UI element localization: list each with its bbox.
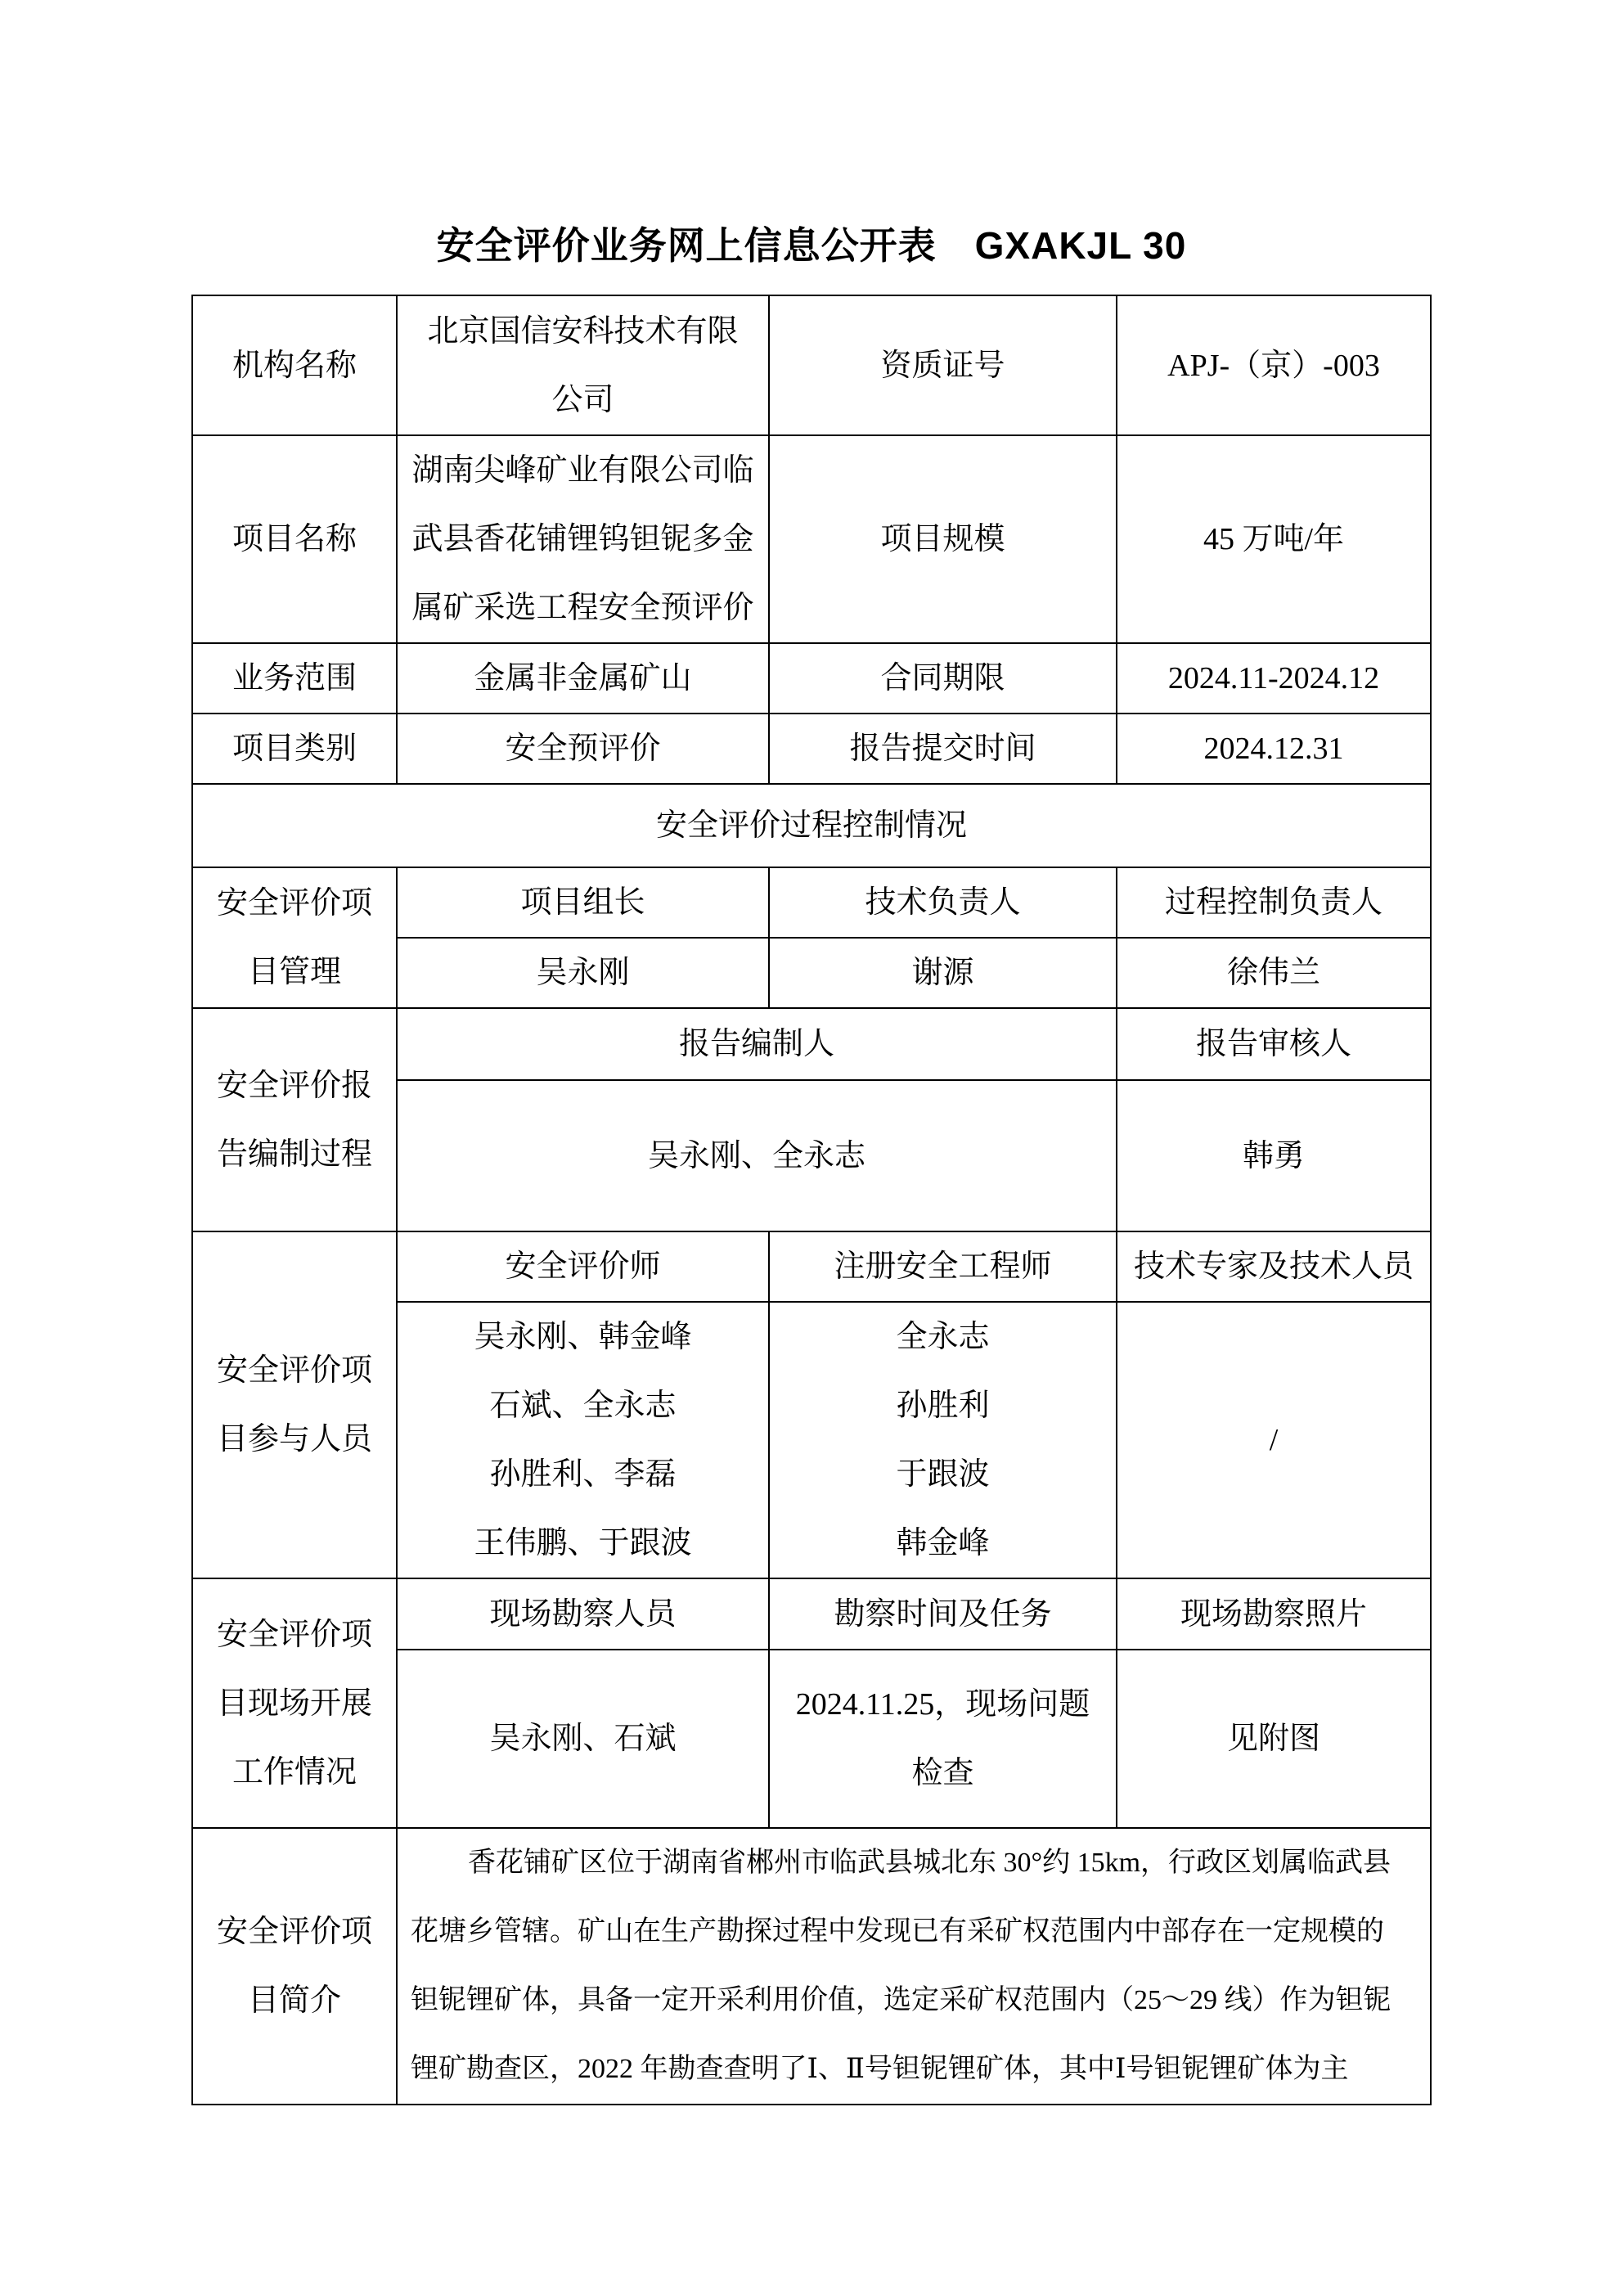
- org-name-label: 机构名称: [192, 295, 397, 435]
- project-scale-label: 项目规模: [769, 435, 1117, 643]
- site-time-value: 2024.11.25，现场问题 检查: [769, 1650, 1117, 1828]
- project-category-value: 安全预评价: [397, 714, 769, 784]
- table-row: 项目名称 湖南尖峰矿业有限公司临 武县香花铺锂钨钽铌多金 属矿采选工程安全预评价…: [192, 435, 1431, 643]
- tech-lead-value: 谢源: [769, 938, 1117, 1008]
- management-row-label: 安全评价项目管理: [192, 867, 397, 1008]
- report-process-row-label: 安全评价报告编制过程: [192, 1008, 397, 1231]
- report-submit-label: 报告提交时间: [769, 714, 1117, 784]
- list-item: 吴永刚、韩金峰: [407, 1303, 758, 1371]
- site-personnel-value: 吴永刚、石斌: [397, 1650, 769, 1828]
- page-title: 安全评价业务网上信息公开表 GXAKJL 30: [0, 223, 1623, 268]
- list-item: 孙胜利: [776, 1371, 1109, 1440]
- list-item: 于跟波: [776, 1440, 1109, 1509]
- org-name-value: 北京国信安科技术有限 公司: [397, 295, 769, 435]
- group-leader-value: 吴永刚: [397, 938, 769, 1008]
- site-photo-value: 见附图: [1117, 1650, 1431, 1828]
- process-control-lead-label: 过程控制负责人: [1117, 867, 1431, 938]
- list-item: 孙胜利、李磊: [407, 1440, 758, 1509]
- engineer-col-label: 注册安全工程师: [769, 1231, 1117, 1302]
- project-name-label: 项目名称: [192, 435, 397, 643]
- cert-no-value: APJ-（京）-003: [1117, 295, 1431, 435]
- table-row: 项目类别 安全预评价 报告提交时间 2024.12.31: [192, 714, 1431, 784]
- experts-value: /: [1117, 1302, 1431, 1578]
- tech-lead-label: 技术负责人: [769, 867, 1117, 938]
- business-scope-value: 金属非金属矿山: [397, 643, 769, 714]
- project-name-value: 湖南尖峰矿业有限公司临 武县香花铺锂钨钽铌多金 属矿采选工程安全预评价: [397, 435, 769, 643]
- table-row: 安全评价过程控制情况: [192, 784, 1431, 867]
- process-control-section-title: 安全评价过程控制情况: [192, 784, 1431, 867]
- table-row: 安全评价报告编制过程 报告编制人 报告审核人: [192, 1008, 1431, 1080]
- list-item: 石斌、全永志: [407, 1371, 758, 1440]
- table-row: 安全评价项目现场开展工作情况 现场勘察人员 勘察时间及任务 现场勘察照片: [192, 1578, 1431, 1650]
- evaluators-list: 吴永刚、韩金峰 石斌、全永志 孙胜利、李磊 王伟鹏、于跟波: [397, 1302, 769, 1578]
- site-work-row-label: 安全评价项目现场开展工作情况: [192, 1578, 397, 1828]
- site-personnel-label: 现场勘察人员: [397, 1578, 769, 1650]
- report-compilers-value: 吴永刚、全永志: [397, 1080, 1117, 1231]
- report-reviewer-value: 韩勇: [1117, 1080, 1431, 1231]
- participants-row-label: 安全评价项目参与人员: [192, 1231, 397, 1578]
- business-scope-label: 业务范围: [192, 643, 397, 714]
- intro-text: 香花铺矿区位于湖南省郴州市临武县城北东 30°约 15km，行政区划属临武县 花…: [397, 1828, 1431, 2105]
- site-time-label: 勘察时间及任务: [769, 1578, 1117, 1650]
- table-row: 机构名称 北京国信安科技术有限 公司 资质证号 APJ-（京）-003: [192, 295, 1431, 435]
- site-photo-label: 现场勘察照片: [1117, 1578, 1431, 1650]
- report-reviewer-label: 报告审核人: [1117, 1008, 1431, 1080]
- table-row: 安全评价项目管理 项目组长 技术负责人 过程控制负责人: [192, 867, 1431, 938]
- table-row: 安全评价项目参与人员 安全评价师 注册安全工程师 技术专家及技术人员: [192, 1231, 1431, 1302]
- list-item: 王伟鹏、于跟波: [407, 1509, 758, 1578]
- project-category-label: 项目类别: [192, 714, 397, 784]
- engineers-list: 全永志 孙胜利 于跟波 韩金峰: [769, 1302, 1117, 1578]
- process-control-lead-value: 徐伟兰: [1117, 938, 1431, 1008]
- contract-period-label: 合同期限: [769, 643, 1117, 714]
- intro-row-label: 安全评价项目简介: [192, 1828, 397, 2105]
- cert-no-label: 资质证号: [769, 295, 1117, 435]
- report-submit-value: 2024.12.31: [1117, 714, 1431, 784]
- list-item: 全永志: [776, 1303, 1109, 1371]
- report-compiler-label: 报告编制人: [397, 1008, 1117, 1080]
- table-row: 安全评价项目简介 香花铺矿区位于湖南省郴州市临武县城北东 30°约 15km，行…: [192, 1828, 1431, 2105]
- project-scale-value: 45 万吨/年: [1117, 435, 1431, 643]
- expert-col-label: 技术专家及技术人员: [1117, 1231, 1431, 1302]
- document-page: 安全评价业务网上信息公开表 GXAKJL 30 机构名称 北京国信安科技术有限 …: [0, 0, 1623, 2296]
- contract-period-value: 2024.11-2024.12: [1117, 643, 1431, 714]
- disclosure-table: 机构名称 北京国信安科技术有限 公司 资质证号 APJ-（京）-003 项目名称…: [191, 295, 1432, 2105]
- evaluator-col-label: 安全评价师: [397, 1231, 769, 1302]
- group-leader-label: 项目组长: [397, 867, 769, 938]
- list-item: 韩金峰: [776, 1509, 1109, 1578]
- table-row: 业务范围 金属非金属矿山 合同期限 2024.11-2024.12: [192, 643, 1431, 714]
